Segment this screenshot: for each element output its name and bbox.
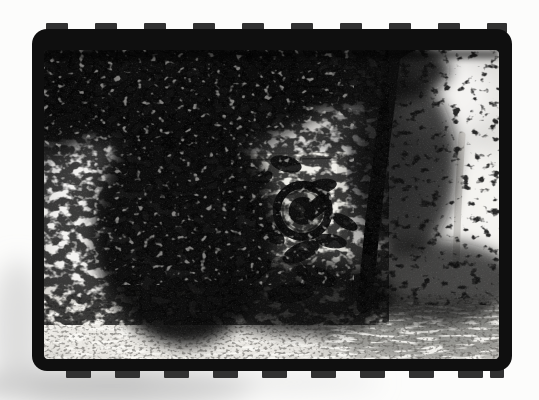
- photograph: [13, 30, 539, 364]
- top-canopy-shade: [44, 50, 499, 59]
- photo-scan: [0, 0, 539, 400]
- film-scan-stage: [0, 0, 539, 400]
- film-grain: [44, 50, 499, 359]
